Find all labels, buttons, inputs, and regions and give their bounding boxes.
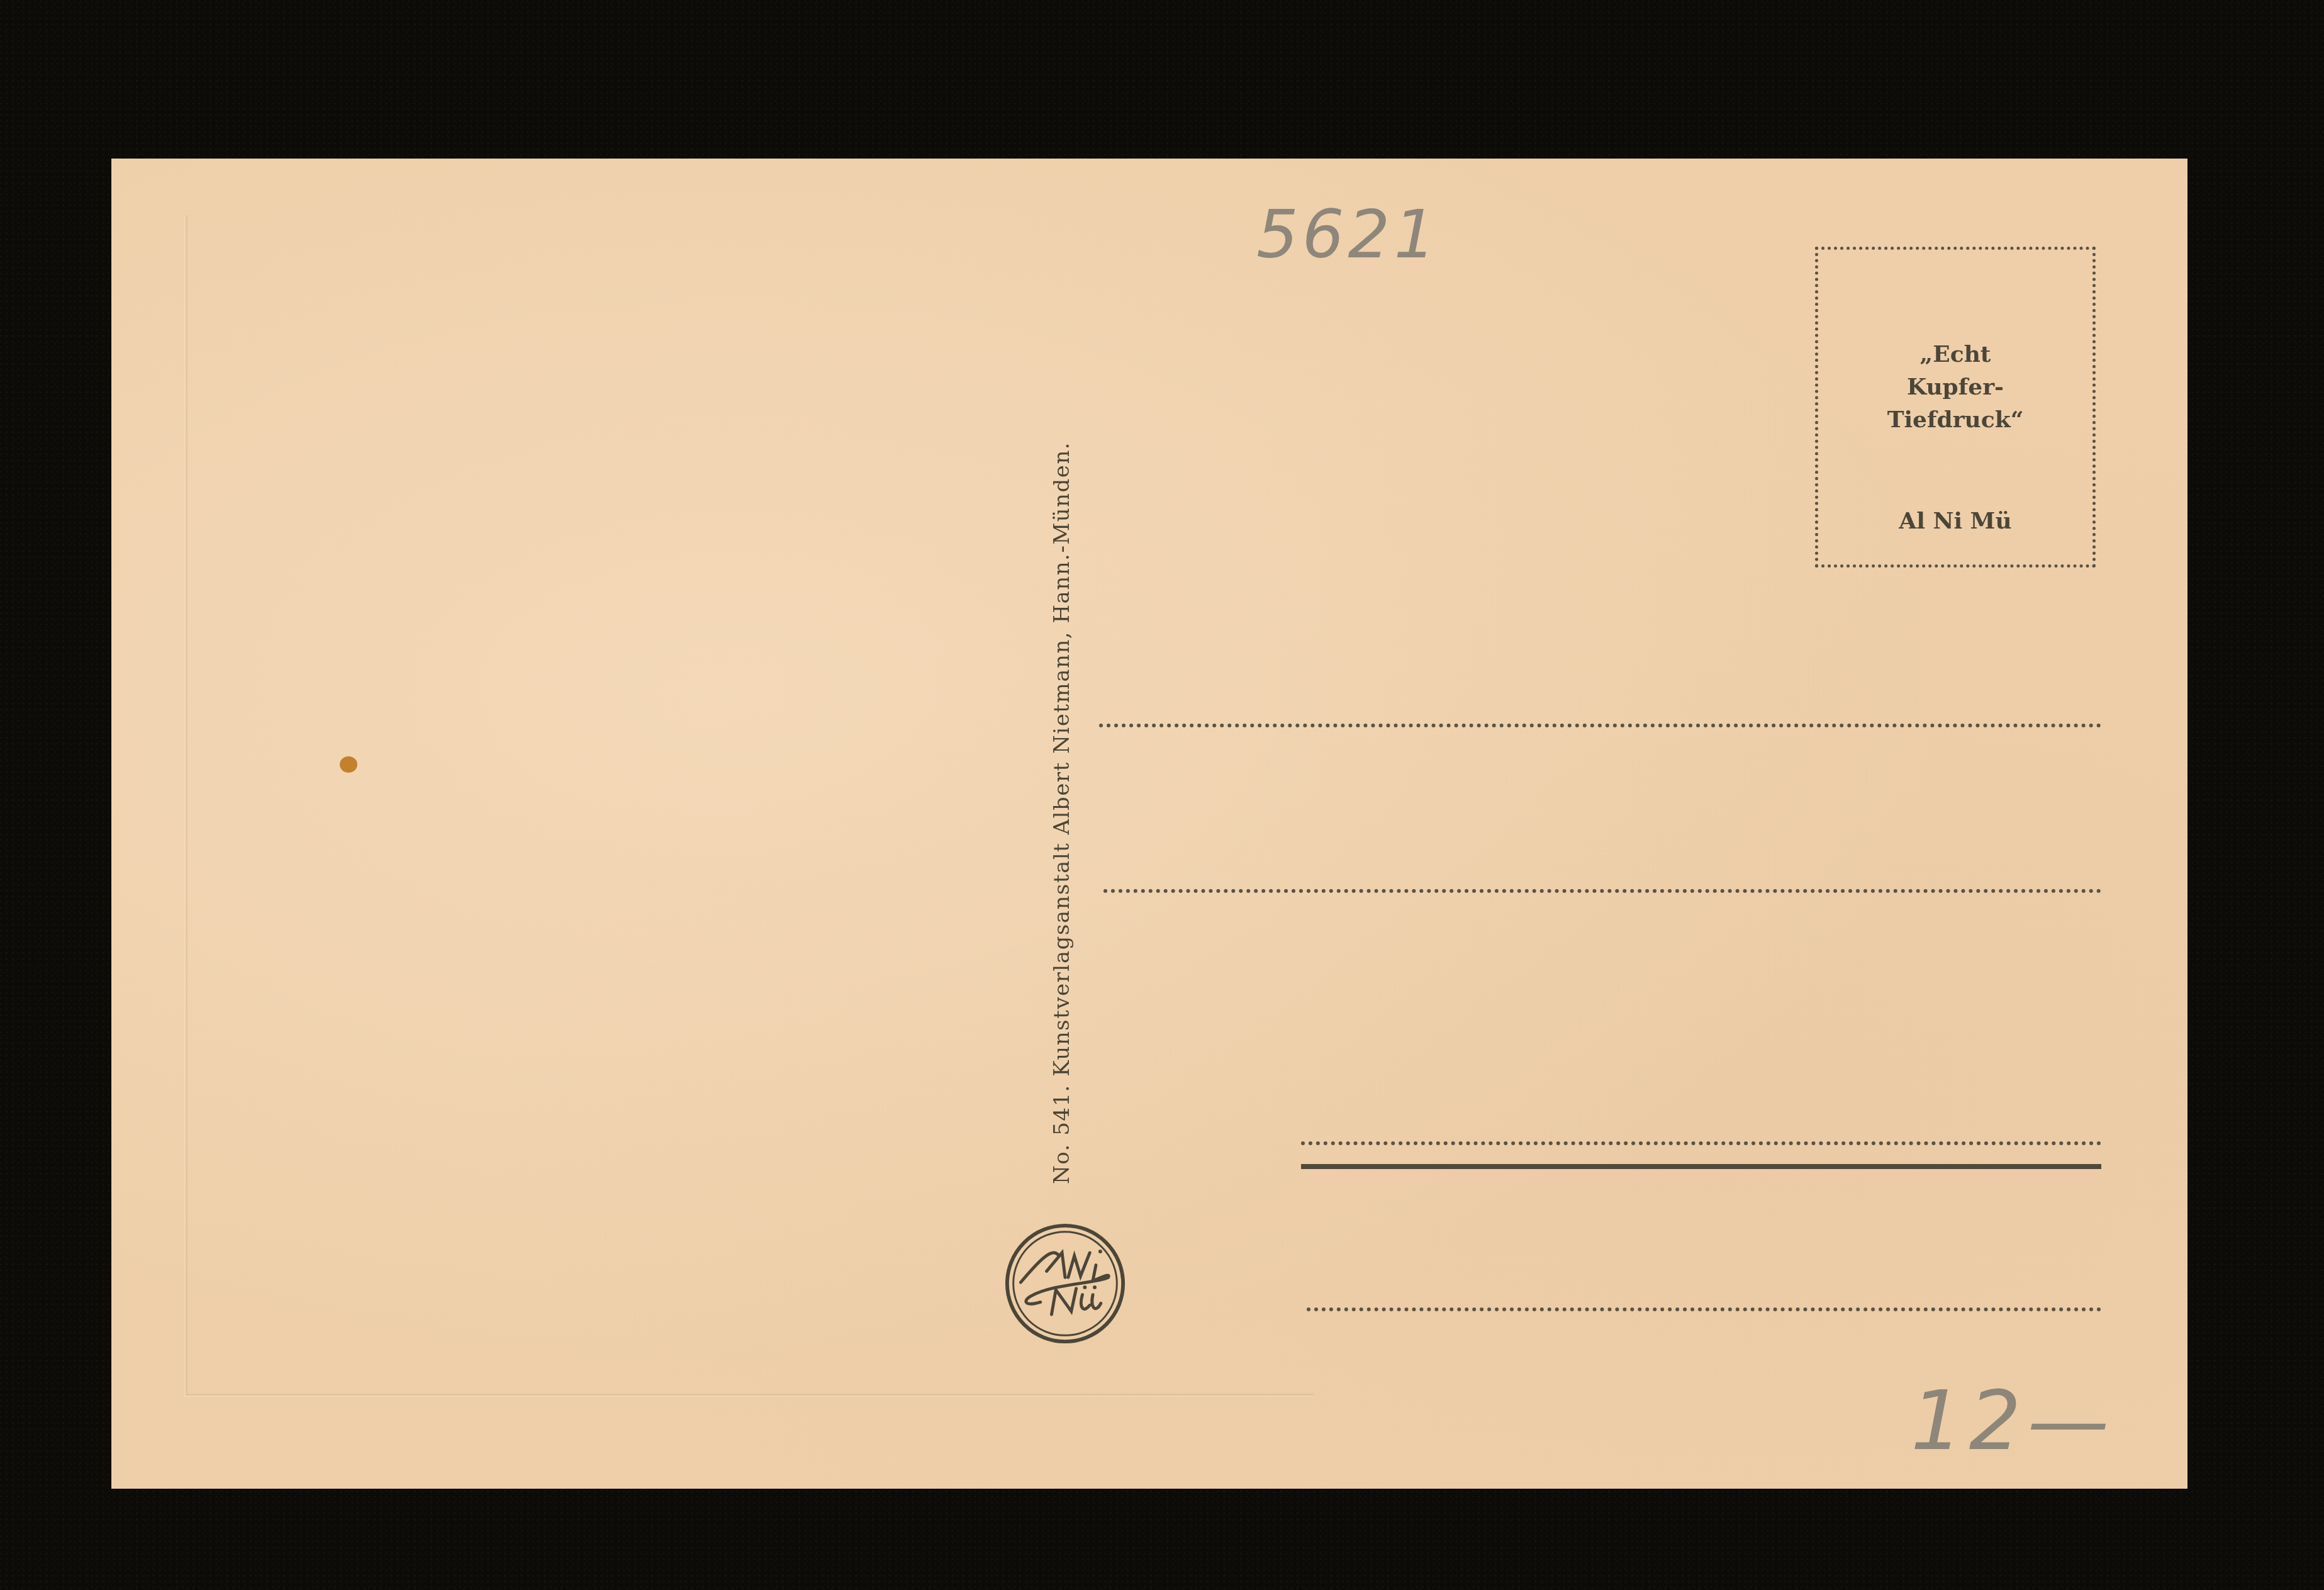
address-line-2 <box>1103 889 2101 893</box>
publisher-imprint-text: No. 541. Kunstverlagsanstalt Albert Niet… <box>1049 442 1075 1184</box>
postcard-back: 5621 No. 541. Kunstverlagsanstalt Albert… <box>111 159 2187 1489</box>
stamp-box-brand: Al Ni Mü <box>1818 508 2092 534</box>
address-line-4-solid <box>1301 1164 2101 1169</box>
alnimu-logo-icon <box>1003 1222 1127 1345</box>
pencil-price-note: 12— <box>1911 1373 2115 1469</box>
rust-stain <box>340 756 357 773</box>
stamp-line-2: Kupfer- <box>1818 371 2092 403</box>
pencil-inventory-number: 5621 <box>1256 196 1439 273</box>
address-line-1 <box>1099 724 2101 727</box>
address-line-5 <box>1307 1307 2101 1311</box>
stamp-line-3: Tiefdruck“ <box>1818 403 2092 436</box>
stamp-line-1: „Echt <box>1818 338 2092 371</box>
stamp-placement-box: „Echt Kupfer- Tiefdruck“ Al Ni Mü <box>1815 247 2096 568</box>
stamp-box-label: „Echt Kupfer- Tiefdruck“ <box>1818 338 2092 436</box>
embossed-picture-frame <box>186 215 1314 1396</box>
address-line-3 <box>1301 1141 2101 1145</box>
